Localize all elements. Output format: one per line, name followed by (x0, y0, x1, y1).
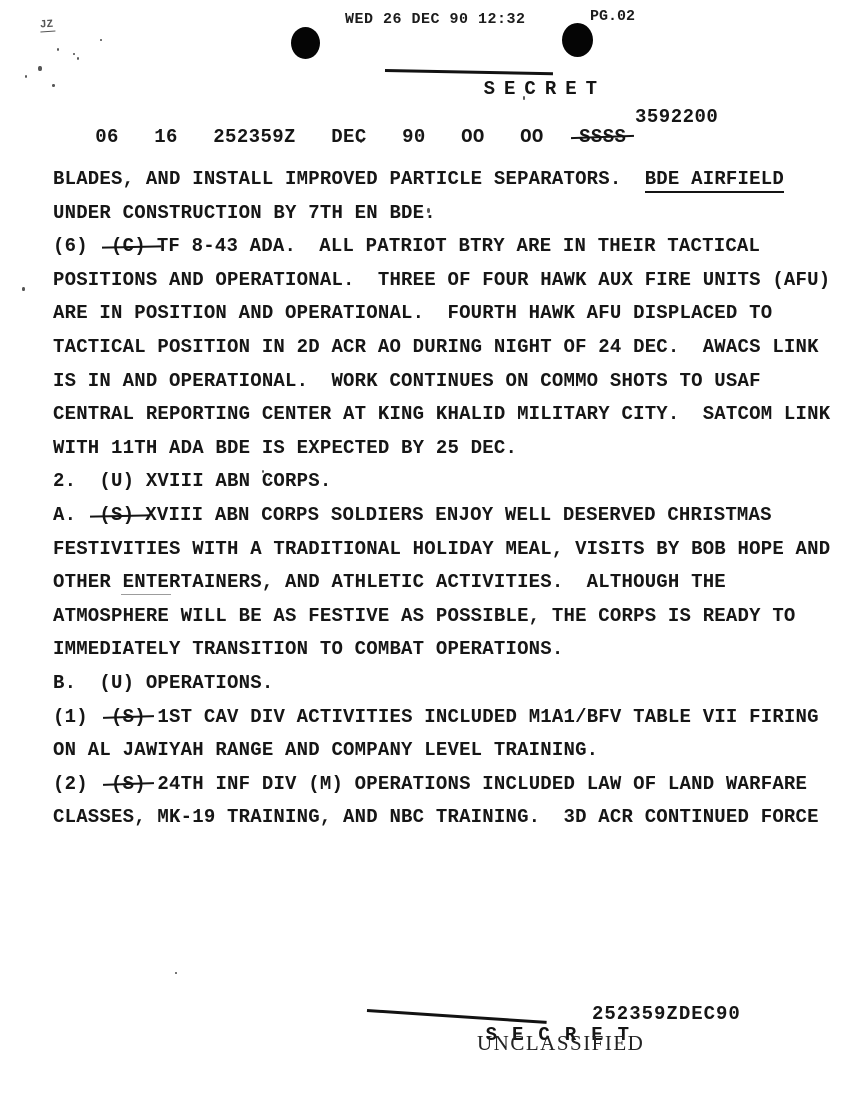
underlined-text: BDE AIRFIELD (645, 168, 784, 193)
ink-speck (523, 96, 525, 100)
ink-speck (427, 208, 430, 213)
body-line: ARE IN POSITION AND OPERATIONAL. FOURTH … (53, 297, 843, 331)
body-text: IMMEDIATELY TRANSITION TO COMBAT OPERATI… (53, 638, 563, 660)
body-text: OTHER ENTERTAINERS, AND ATHLETIC ACTIVIT… (53, 571, 726, 593)
body-line: IS IN AND OPERATIONAL. WORK CONTINUES ON… (53, 365, 843, 399)
body-text: TF 8-43 ADA. ALL PATRIOT BTRY ARE IN THE… (157, 235, 760, 257)
punch-hole-mark-left (291, 27, 320, 59)
struck-classification-mark: (C) (111, 230, 146, 264)
body-line: IMMEDIATELY TRANSITION TO COMBAT OPERATI… (53, 633, 843, 667)
body-text: B. (U) OPERATIONS. (53, 672, 273, 694)
message-serial-number: 3592200 (635, 106, 718, 128)
ink-speck (38, 66, 42, 71)
body-line: (2) (S) 24TH INF DIV (M) OPERATIONS INCL… (53, 768, 843, 802)
ink-speck (25, 75, 27, 78)
scanned-document-page: WED 26 DEC 90 12:32 PG.02 JZ SECRET 06 1… (0, 0, 864, 1096)
body-line: (1) (S) 1ST CAV DIV ACTIVITIES INCLUDED … (53, 701, 843, 735)
corner-annotation: JZ (40, 18, 56, 32)
declassification-stamp: UNCLASSIFIED (477, 1031, 644, 1056)
fax-timestamp: WED 26 DEC 90 12:32 (345, 11, 526, 28)
punch-hole-mark-right (562, 23, 593, 57)
body-line: CENTRAL REPORTING CENTER AT KING KHALID … (53, 398, 843, 432)
body-text: TACTICAL POSITION IN 2D ACR AO DURING NI… (53, 336, 819, 358)
struck-routing-code: SSSS (579, 126, 626, 148)
ink-speck (100, 39, 102, 41)
body-line: UNDER CONSTRUCTION BY 7TH EN BDE. (53, 197, 843, 231)
message-header-line: 06 16 252359Z DEC 90 OO OO SSSS (48, 104, 626, 170)
ink-speck (268, 478, 270, 480)
body-line: 2. (U) XVIII ABN CORPS. (53, 465, 843, 499)
classification-banner-top-text: SECRET (484, 78, 606, 100)
body-text: BLADES, AND INSTALL IMPROVED PARTICLE SE… (53, 168, 645, 190)
body-line: TACTICAL POSITION IN 2D ACR AO DURING NI… (53, 331, 843, 365)
strikethrough-line (385, 69, 553, 75)
body-text: XVIII ABN CORPS SOLDIERS ENJOY WELL DESE… (145, 504, 772, 526)
body-text: ON AL JAWIYAH RANGE AND COMPANY LEVEL TR… (53, 739, 598, 761)
body-text: CLASSES, MK-19 TRAINING, AND NBC TRAININ… (53, 806, 819, 828)
ink-speck (360, 139, 362, 143)
struck-classification-mark: (S) (111, 701, 146, 735)
body-line: ATMOSPHERE WILL BE AS FESTIVE AS POSSIBL… (53, 600, 843, 634)
body-text: UNDER CONSTRUCTION BY 7TH EN BDE. (53, 202, 436, 224)
body-text: IS IN AND OPERATIONAL. WORK CONTINUES ON… (53, 370, 761, 392)
document-body: BLADES, AND INSTALL IMPROVED PARTICLE SE… (53, 163, 843, 835)
body-line: (6) (C)TF 8-43 ADA. ALL PATRIOT BTRY ARE… (53, 230, 843, 264)
body-line: ON AL JAWIYAH RANGE AND COMPANY LEVEL TR… (53, 734, 843, 768)
body-line: WITH 11TH ADA BDE IS EXPECTED BY 25 DEC. (53, 432, 843, 466)
ink-speck (77, 57, 79, 60)
struck-classification-mark: (S) (99, 499, 134, 533)
body-line: BLADES, AND INSTALL IMPROVED PARTICLE SE… (53, 163, 843, 197)
body-line: A. (S)XVIII ABN CORPS SOLDIERS ENJOY WEL… (53, 499, 843, 533)
body-text: ARE IN POSITION AND OPERATIONAL. FOURTH … (53, 302, 772, 324)
body-text: ATMOSPHERE WILL BE AS FESTIVE AS POSSIBL… (53, 605, 796, 627)
ink-speck (52, 84, 55, 87)
body-text: 2. (U) XVIII ABN CORPS. (53, 470, 331, 492)
body-text: CENTRAL REPORTING CENTER AT KING KHALID … (53, 403, 830, 425)
body-line: POSITIONS AND OPERATIONAL. THREE OF FOUR… (53, 264, 843, 298)
body-line: FESTIVITIES WITH A TRADITIONAL HOLIDAY M… (53, 533, 843, 567)
ink-speck (175, 972, 177, 974)
body-line: B. (U) OPERATIONS. (53, 667, 843, 701)
body-line: CLASSES, MK-19 TRAINING, AND NBC TRAININ… (53, 801, 843, 835)
date-time-group: 252359ZDEC90 (592, 1003, 741, 1025)
body-text: 1ST CAV DIV ACTIVITIES INCLUDED M1A1/BFV… (146, 706, 819, 728)
fax-page-number: PG.02 (590, 8, 635, 25)
ink-speck (22, 287, 25, 291)
ink-speck (57, 48, 59, 51)
ink-speck (73, 53, 75, 55)
strikethrough-line (367, 1009, 547, 1024)
body-line: OTHER ENTERTAINERS, AND ATHLETIC ACTIVIT… (53, 566, 843, 600)
message-header-prefix: 06 16 252359Z DEC 90 OO OO (95, 126, 579, 148)
scan-noise-line (121, 594, 171, 595)
struck-classification-mark: (S) (111, 768, 146, 802)
body-text: 24TH INF DIV (M) OPERATIONS INCLUDED LAW… (146, 773, 807, 795)
ink-speck (262, 470, 264, 473)
body-text: POSITIONS AND OPERATIONAL. THREE OF FOUR… (53, 269, 830, 291)
body-text: FESTIVITIES WITH A TRADITIONAL HOLIDAY M… (53, 538, 830, 560)
body-text: WITH 11TH ADA BDE IS EXPECTED BY 25 DEC. (53, 437, 517, 459)
